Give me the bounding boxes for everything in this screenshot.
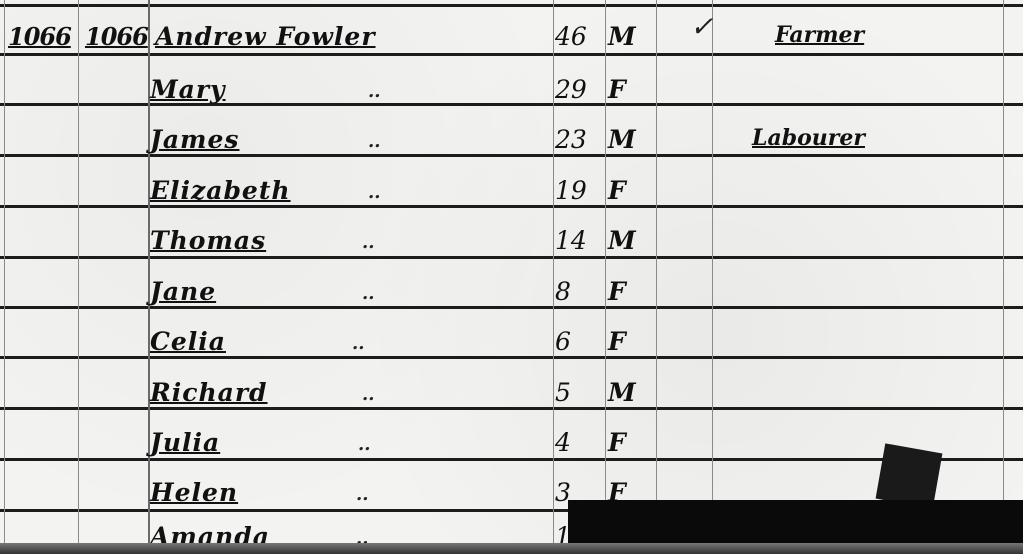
column-rule [605, 0, 606, 554]
row-rule [0, 458, 1023, 461]
person-sex: F [608, 277, 626, 306]
page-edge-shadow [0, 543, 1023, 554]
person-name: Julia [150, 428, 220, 457]
column-rule [4, 0, 5, 554]
row-rule [0, 356, 1023, 359]
person-sex: F [608, 327, 626, 356]
person-name: Mary [150, 75, 226, 104]
row-rule [0, 205, 1023, 208]
column-rule [712, 0, 713, 554]
person-name: Thomas [150, 226, 266, 255]
row-rule [0, 53, 1023, 56]
person-age: 46 [555, 22, 587, 51]
ditto-mark-surname: .. [356, 484, 369, 505]
person-name: Jane [150, 277, 216, 306]
person-name: Elizabeth [150, 176, 291, 205]
redaction-tab [876, 443, 943, 508]
ditto-mark-surname: .. [368, 131, 381, 152]
row-rule [0, 407, 1023, 410]
ditto-mark-surname: .. [352, 333, 365, 354]
person-sex: F [608, 428, 626, 457]
person-age: 14 [555, 226, 587, 255]
family-number: 1066 [85, 22, 148, 51]
column-rule [553, 0, 554, 554]
row-rule [0, 306, 1023, 309]
ditto-mark-surname: .. [368, 81, 381, 102]
census-page-scan: 1066 1066 Andrew Fowler46M✓FarmerMary..2… [0, 0, 1023, 554]
person-name: James [150, 125, 239, 154]
person-age: 4 [555, 428, 571, 457]
column-rule [78, 0, 79, 554]
person-name: Richard [150, 378, 268, 407]
person-name: Helen [150, 478, 238, 507]
person-occupation: Farmer [775, 22, 864, 48]
person-occupation: Labourer [752, 125, 865, 151]
dwelling-number: 1066 [8, 22, 71, 51]
checkmark-icon: ✓ [690, 10, 713, 43]
person-name: Andrew Fowler [155, 22, 376, 51]
person-sex: F [608, 75, 626, 104]
column-rule [656, 0, 657, 554]
person-age: 8 [555, 277, 571, 306]
ditto-mark-surname: .. [362, 384, 375, 405]
ditto-mark-surname: .. [362, 232, 375, 253]
ditto-mark-surname: .. [362, 283, 375, 304]
person-sex: M [608, 378, 636, 407]
person-age: 5 [555, 378, 571, 407]
person-age: 6 [555, 327, 571, 356]
person-sex: M [608, 125, 636, 154]
ditto-mark-surname: .. [358, 434, 371, 455]
column-rule [1003, 0, 1004, 554]
row-rule [0, 154, 1023, 157]
person-age: 23 [555, 125, 587, 154]
ditto-mark-surname: .. [368, 182, 381, 203]
person-sex: M [608, 226, 636, 255]
person-age: 19 [555, 176, 587, 205]
row-rule [0, 4, 1023, 7]
person-name: Celia [150, 327, 226, 356]
person-sex: F [608, 176, 626, 205]
person-age: 29 [555, 75, 587, 104]
row-rule [0, 256, 1023, 259]
person-sex: M [608, 22, 636, 51]
